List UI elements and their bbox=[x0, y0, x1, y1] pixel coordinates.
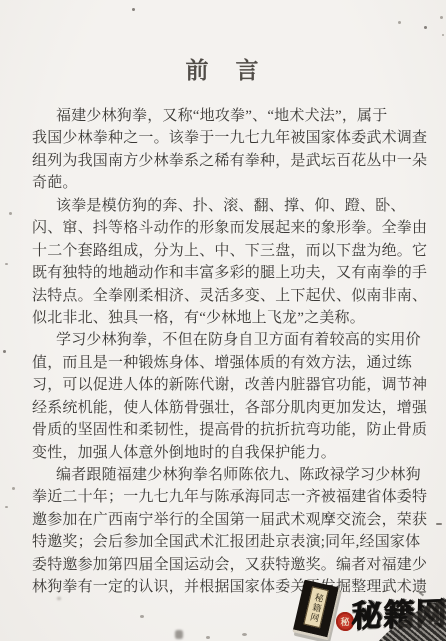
text-line: 既有独特的地趟动作和丰富多彩的腿上功夫，又有南拳的手 bbox=[32, 262, 430, 284]
noise-speck bbox=[424, 26, 427, 29]
text-line: 拳近二十年；一九七九年与陈承海同志一齐被福建省体委特 bbox=[32, 486, 430, 508]
text-line: 骨质的坚固性和柔韧性，提高骨的抗折抗弯功能，防止骨质 bbox=[32, 419, 430, 441]
text-line: 变性，加强人体意外倒地时的自我保护能力。 bbox=[32, 442, 430, 464]
text-line: 经系统机能，使人体筋骨强壮，各部分肌肉更加发达，增强 bbox=[32, 397, 430, 419]
text-line: 法特点。全拳刚柔相济、灵活多变、上下起伏、似南非南、 bbox=[32, 285, 430, 307]
text-line: 该拳是模仿狗的奔、扑、滚、翻、撑、仰、蹬、卧、 bbox=[32, 195, 430, 217]
noise-speck bbox=[132, 8, 135, 11]
text-line: 值，而且是一种锻炼身体、增强体质的有效方法，通过练 bbox=[32, 352, 430, 374]
text-line: 我国少林拳种之一。该拳于一九七九年被国家体委武术调查 bbox=[32, 127, 430, 149]
noise-speck bbox=[398, 21, 401, 24]
seal-icon: 秘 bbox=[336, 612, 354, 631]
text-line: 学习少林狗拳，不但在防身自卫方面有着较高的实用价 bbox=[32, 329, 430, 351]
noise-speck bbox=[5, 506, 8, 508]
noise-speck bbox=[5, 263, 8, 265]
text-line: 习，可以促进人体的新陈代谢，改善内脏器官功能，调节神 bbox=[32, 374, 430, 396]
noise-speck bbox=[3, 350, 6, 353]
noise-speck bbox=[442, 34, 444, 36]
text-line: 似北非北、独具一格，有“少林地上飞龙”之美称。 bbox=[32, 307, 430, 329]
noise-speck bbox=[140, 615, 144, 618]
text-line: 委特邀参加第四届全国运动会，又获特邀奖。编者对福建少 bbox=[32, 554, 430, 576]
text-line: 奇葩。 bbox=[32, 172, 430, 194]
text-line: 闪、窜、抖等格斗动作的形象而发展起来的象形拳。全拳由 bbox=[32, 217, 430, 239]
scanned-book-page: 前 言 福建少林狗拳，又称“地攻拳”、“地术犬法”，属于我国少林拳种之一。该拳于… bbox=[0, 0, 446, 641]
page-title: 前 言 bbox=[0, 52, 446, 85]
noise-speck bbox=[440, 16, 443, 19]
noise-speck bbox=[57, 597, 61, 600]
text-line: 组列为我国南方少林拳系之稀有拳种，是武坛百花丛中一朵 bbox=[32, 150, 430, 172]
text-line: 福建少林狗拳，又称“地攻拳”、“地术犬法”，属于 bbox=[32, 105, 430, 127]
text-line: 特邀奖；会后参加全国武术汇报团赴京表演;同年,经国家体 bbox=[32, 531, 430, 553]
noise-speck bbox=[206, 636, 210, 639]
noise-speck bbox=[175, 630, 183, 639]
noise-speck bbox=[9, 212, 12, 215]
noise-speck bbox=[242, 633, 247, 636]
noise-speck bbox=[12, 487, 15, 490]
ink-fleck bbox=[405, 612, 412, 619]
body-text: 福建少林狗拳，又称“地攻拳”、“地术犬法”，属于我国少林拳种之一。该拳于一九七九… bbox=[32, 105, 430, 599]
text-line: 邀参加在广西南宁举行的全国第一届武术观摩交流会，荣获 bbox=[32, 509, 430, 531]
noise-speck bbox=[436, 523, 442, 525]
text-line: 林狗拳有一定的认识，并根据国家体委关于发掘整理武术遗 bbox=[32, 576, 430, 598]
text-line: 十二个套路组成，分为上、中、下三盘，而以下盘为绝。它 bbox=[32, 240, 430, 262]
text-line: 编者跟随福建少林狗拳名师陈依九、陈政禄学习少林狗 bbox=[32, 464, 430, 486]
